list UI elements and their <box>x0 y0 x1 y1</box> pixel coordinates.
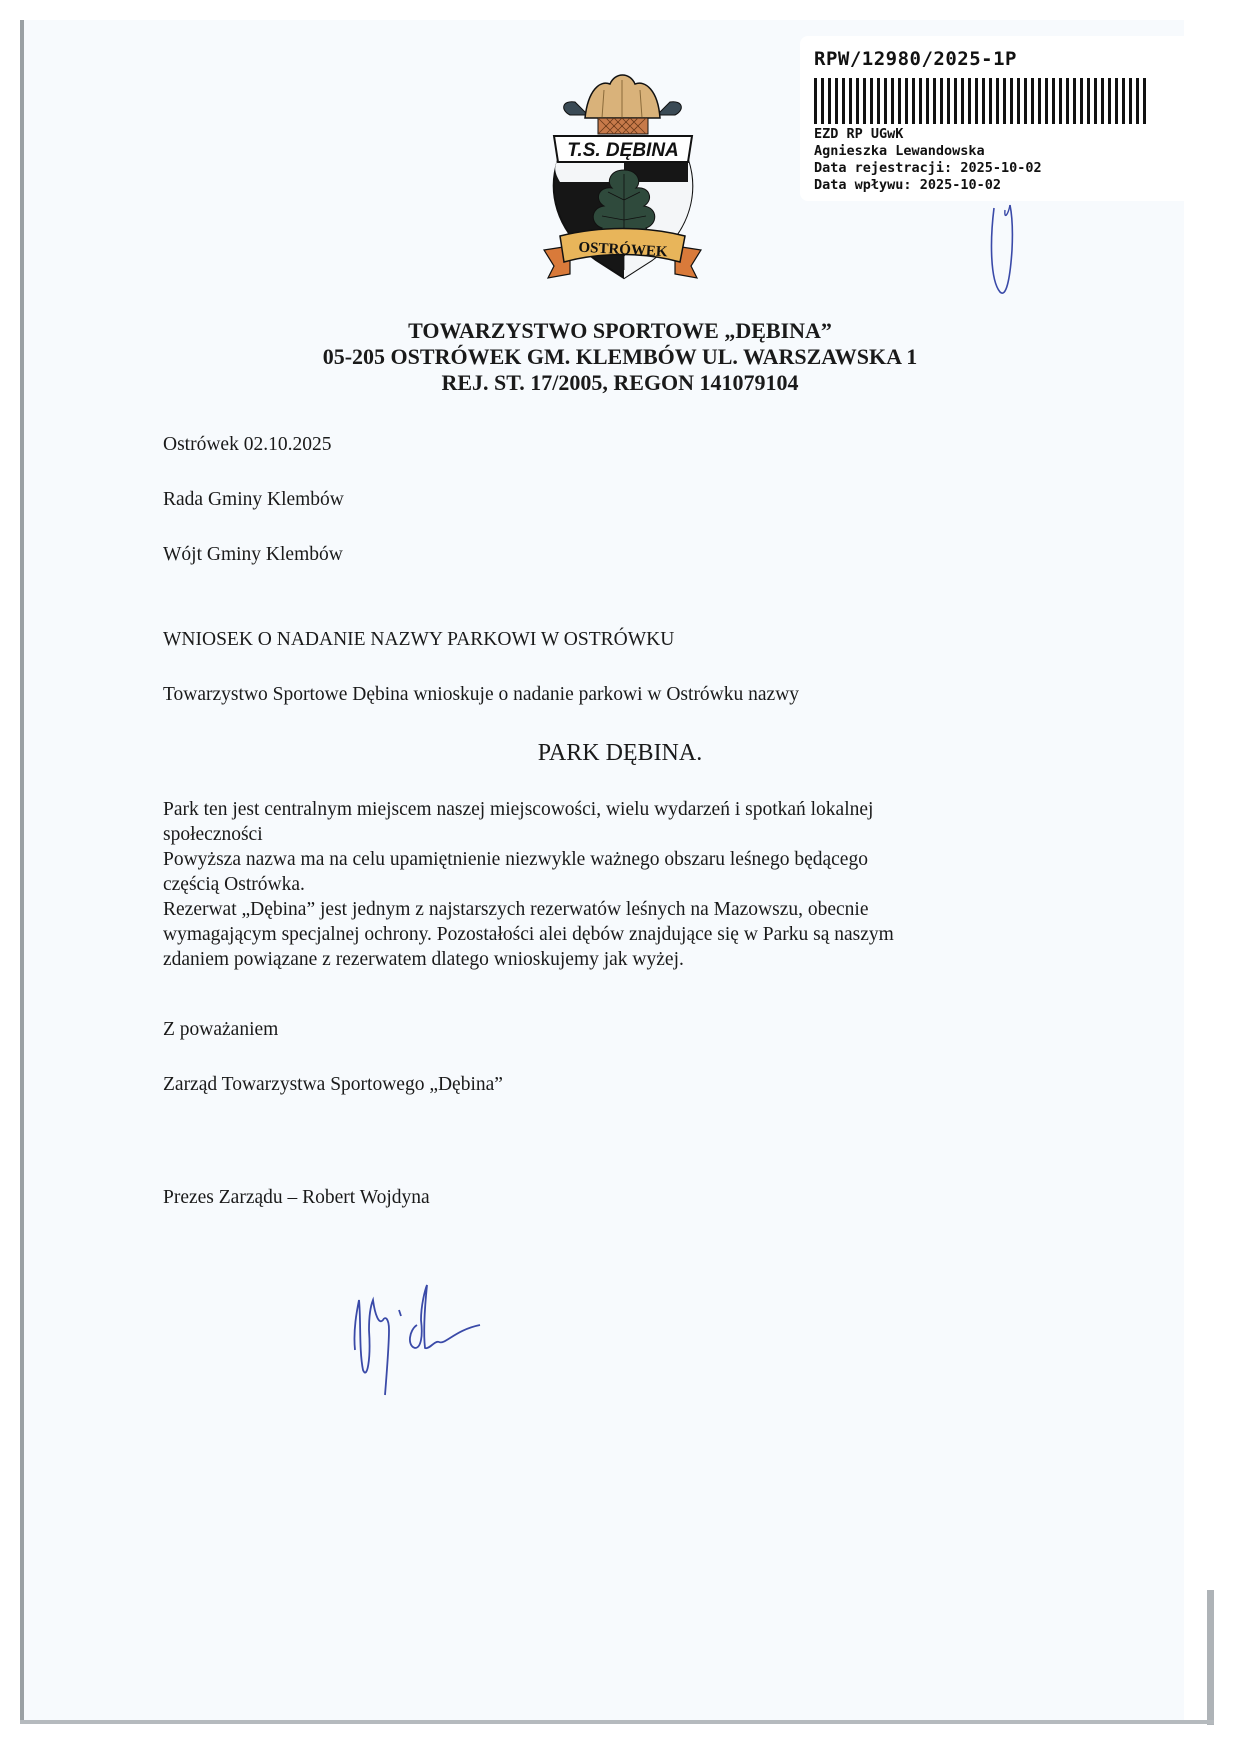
page-edge-shadow <box>1207 1590 1214 1725</box>
registration-date-value: 2025-10-02 <box>960 160 1041 176</box>
stamp-system: EZD RP UGwK <box>814 126 903 142</box>
body-line: częścią Ostrówka. <box>163 872 1063 897</box>
signatory-board: Zarząd Towarzystwa Sportowego „Dębina” <box>163 1072 503 1098</box>
letter-intro: Towarzystwo Sportowe Dębina wnioskuje o … <box>163 682 799 708</box>
org-address-heading: 05-205 OSTRÓWEK GM. KLEMBÓW UL. WARSZAWS… <box>0 344 1240 370</box>
body-line: Park ten jest centralnym miejscem naszej… <box>163 797 1063 822</box>
stamp-registered-by: Agnieszka Lewandowska <box>814 143 985 159</box>
org-registry-heading: REJ. ST. 17/2005, REGON 141079104 <box>0 370 1240 396</box>
closing-salutation: Z poważaniem <box>163 1017 278 1043</box>
org-name-heading: TOWARZYSTWO SPORTOWE „DĘBINA” <box>0 318 1240 344</box>
body-line: Rezerwat „Dębina” jest jednym z najstars… <box>163 897 1063 922</box>
receipt-date-value: 2025-10-02 <box>920 177 1001 193</box>
registration-date-label: Data rejestracji: <box>814 160 952 176</box>
recipient-council: Rada Gminy Klembów <box>163 487 344 513</box>
place-and-date: Ostrówek 02.10.2025 <box>163 432 331 458</box>
handwritten-signature <box>345 1270 495 1400</box>
signatory-president: Prezes Zarządu – Robert Wojdyna <box>163 1185 430 1211</box>
justification-paragraph: Park ten jest centralnym miejscem naszej… <box>163 797 1063 972</box>
svg-text:T.S. DĘBINA: T.S. DĘBINA <box>567 140 679 161</box>
registration-stamp: RPW/12980/2025-1P EZD RP UGwK Agnieszka … <box>800 36 1200 201</box>
receipt-date-label: Data wpływu: <box>814 177 912 193</box>
handwritten-initials <box>990 200 1040 310</box>
club-crest-logo: T.S. DĘBINA OSTRÓWEK <box>540 70 705 290</box>
letter-subject: WNIOSEK O NADANIE NAZWY PARKOWI W OSTRÓW… <box>163 627 674 653</box>
stamp-receipt-date: Data wpływu: 2025-10-02 <box>814 177 1001 193</box>
body-line: zdaniem powiązane z rezerwatem dlatego w… <box>163 947 1063 972</box>
recipient-mayor: Wójt Gminy Klembów <box>163 542 343 568</box>
stamp-registration-date: Data rejestracji: 2025-10-02 <box>814 160 1042 176</box>
body-line: Powyższa nazwa ma na celu upamiętnienie … <box>163 847 1063 872</box>
registration-number: RPW/12980/2025-1P <box>814 48 1017 70</box>
body-line: społeczności <box>163 822 1063 847</box>
page-edge-shadow <box>20 1720 1214 1724</box>
body-line: wymagającym specjalnej ochrony. Pozostał… <box>163 922 1063 947</box>
proposed-park-name: PARK DĘBINA. <box>0 738 1240 768</box>
barcode <box>814 78 1150 124</box>
